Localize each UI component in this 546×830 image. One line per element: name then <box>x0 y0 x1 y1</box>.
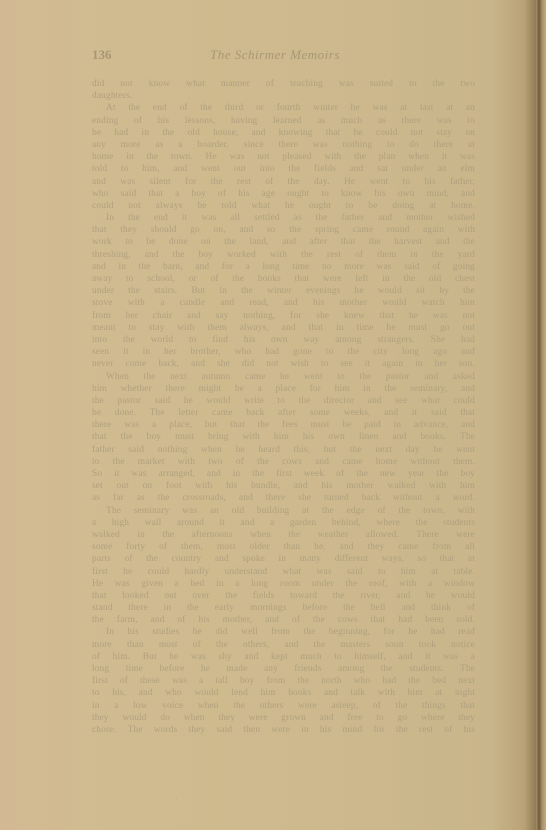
text-line: home in the town. He was not pleased wit… <box>92 151 475 163</box>
text-line: So it was arranged, and in the first wee… <box>92 468 475 480</box>
footer-mark: · <box>175 795 178 804</box>
text-line: who said that a boy of his age ought to … <box>92 188 475 200</box>
text-line: the farm, and of his mother, and of the … <box>92 614 475 626</box>
text-line: that looked out over the fields toward t… <box>92 590 475 602</box>
text-line: chose. The words they said then were in … <box>92 724 475 736</box>
text-line: and was silent for the rest of the day. … <box>92 176 475 188</box>
text-line: into the world to find his own way among… <box>92 334 475 346</box>
text-line: away to school, or of the books that wer… <box>92 273 475 285</box>
text-line: be had in the old house, and knowing tha… <box>92 127 475 139</box>
page-body-text: did not know what manner of teaching was… <box>92 78 475 736</box>
text-line: first of these was a tall boy from the n… <box>92 675 475 687</box>
text-line: set out on foot with his bundle, and his… <box>92 480 475 492</box>
text-line: in a low voice when the others were asle… <box>92 700 475 712</box>
text-line: He was given a bed in a long room under … <box>92 578 475 590</box>
text-line: from her chair and say nothing, for she … <box>92 310 475 322</box>
text-line: At the end of the third or fourth winter… <box>92 102 475 114</box>
text-line: daughters. <box>92 90 475 102</box>
text-line: him whether there might be a place for h… <box>92 383 475 395</box>
text-line: they would do when they were grown and f… <box>92 712 475 724</box>
text-line: work to be done on the land, and after t… <box>92 236 475 248</box>
text-line: walked in the afternoons when the weathe… <box>92 529 475 541</box>
text-line: a high wall around it and a garden behin… <box>92 517 475 529</box>
text-line: some forty of them, most older than he, … <box>92 541 475 553</box>
text-line: as far as the crossroads, and there she … <box>92 492 475 504</box>
text-line: In the end it was all settled as the fat… <box>92 212 475 224</box>
running-title: The Schirmer Memoirs <box>210 47 340 63</box>
text-line: parts of the country and spoke in many d… <box>92 553 475 565</box>
text-line: When the next autumn came he went to the… <box>92 371 475 383</box>
text-line: could not always be told what he ought t… <box>92 200 475 212</box>
text-line: long time before he made any friends amo… <box>92 663 475 675</box>
text-line: that the boy must bring with him his own… <box>92 431 475 443</box>
text-line: to the market with two of the cows and c… <box>92 456 475 468</box>
text-line: seen it in her brother, who had gone to … <box>92 346 475 358</box>
book-binding-shadow <box>536 0 542 830</box>
text-line: father said nothing when he heard this, … <box>92 444 475 456</box>
text-line: of him. But he was shy and kept much to … <box>92 651 475 663</box>
text-line: first he could hardly understand what wa… <box>92 566 475 578</box>
text-line: the pastor said he would write to the di… <box>92 395 475 407</box>
text-line: that they should go on, and so the sprin… <box>92 224 475 236</box>
text-line: any more as a boarder, since there was n… <box>92 139 475 151</box>
text-line: threshing, and the boy worked with the r… <box>92 249 475 261</box>
text-line: stand there in the early mornings before… <box>92 602 475 614</box>
text-line: told to him, and went out into the field… <box>92 163 475 175</box>
text-line: stove with a candle and read, and his mo… <box>92 297 475 309</box>
text-line: did not know what manner of teaching was… <box>92 78 475 90</box>
page-number: 136 <box>92 47 112 63</box>
text-line: never come back, and she did not wish to… <box>92 358 475 370</box>
text-line: to his, and who would lend him books and… <box>92 687 475 699</box>
text-line: be done. The letter came back after some… <box>92 407 475 419</box>
page-header: 136 The Schirmer Memoirs <box>92 47 477 63</box>
text-line: The seminary was an old building at the … <box>92 505 475 517</box>
text-line: there was a place, but that the fees mus… <box>92 419 475 431</box>
text-line: meant to stay with them always, and that… <box>92 322 475 334</box>
text-line: under the stairs. But in the winter even… <box>92 285 475 297</box>
text-line: more than most of the others, and the ma… <box>92 639 475 651</box>
text-line: ending of his lessons, having learned as… <box>92 115 475 127</box>
text-line: and in the barn, and for a long time no … <box>92 261 475 273</box>
text-line: In his studies he did well from the begi… <box>92 626 475 638</box>
